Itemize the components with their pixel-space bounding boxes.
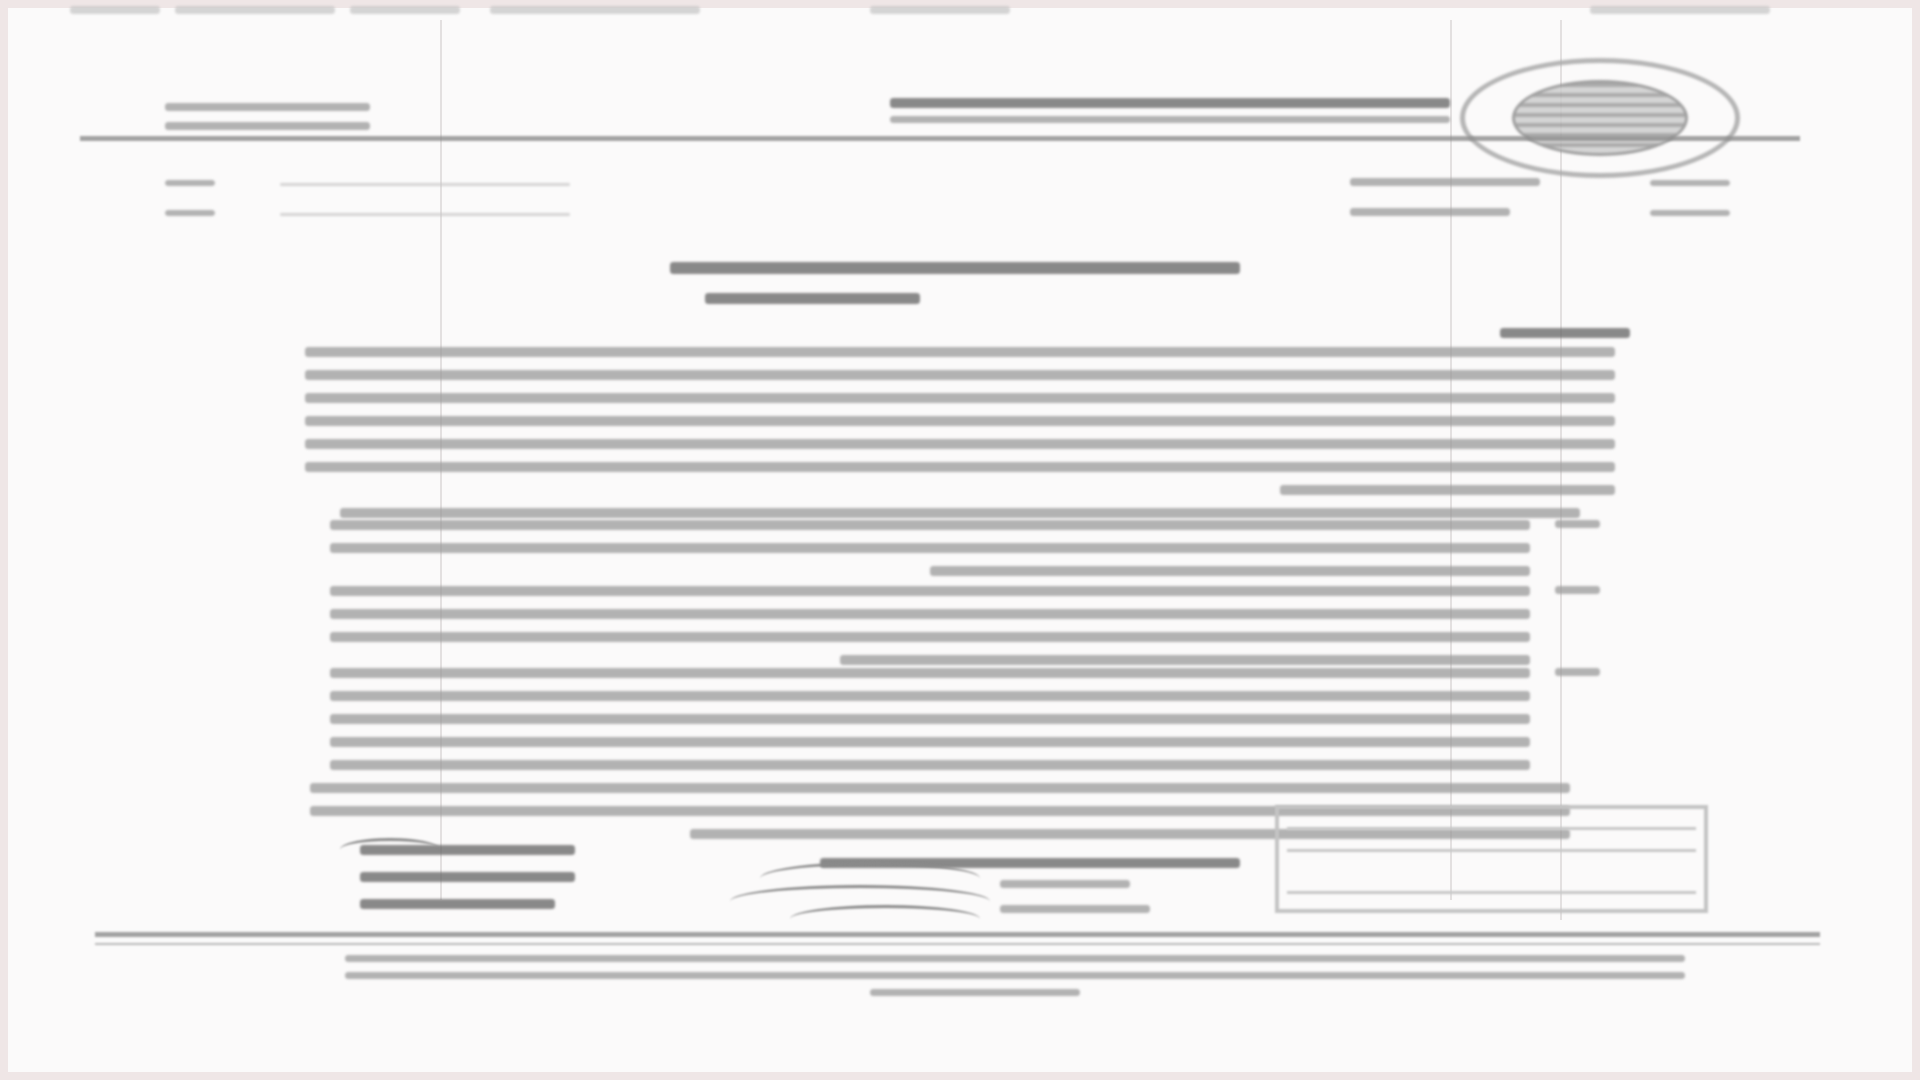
- letterhead-emblem-icon: [1460, 58, 1740, 178]
- receipt-stamp-box: [1275, 805, 1708, 913]
- top-strip-text: [175, 6, 335, 14]
- letterhead-rule: [80, 136, 1800, 141]
- footer-rule: [95, 932, 1820, 937]
- top-strip-text: [1590, 6, 1770, 14]
- top-strip-text: [350, 6, 460, 14]
- top-strip-text: [870, 6, 1010, 14]
- top-strip-text: [490, 6, 700, 14]
- salutation: [1500, 328, 1630, 338]
- top-strip-text: [70, 6, 160, 14]
- scanned-letter-page: [0, 0, 1920, 1080]
